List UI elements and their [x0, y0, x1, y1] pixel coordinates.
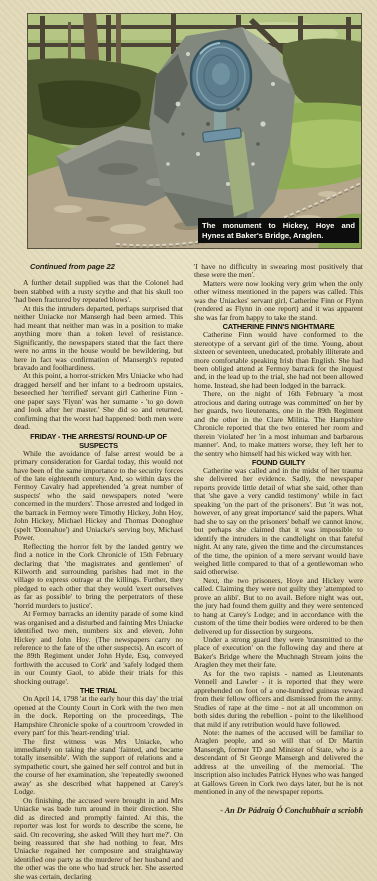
continued-from-label: Continued from page 22	[14, 263, 183, 271]
paragraph: There, on the night of 16th February 'a …	[194, 390, 363, 458]
paragraph: On finishing, the accused were brought i…	[14, 797, 183, 881]
newspaper-page: The monument to Hickey, Hoye and Hynes a…	[0, 0, 377, 881]
grass-highlight	[288, 119, 361, 168]
paragraph: The first witness was Mrs Uniacke, who i…	[14, 738, 183, 797]
paragraph: As for the two rapists - named as Lieute…	[194, 670, 363, 729]
paragraph: Note: the names of the accused will be f…	[194, 729, 363, 797]
article-body: Continued from page 22 A further detail …	[14, 263, 363, 881]
paragraph: At this point, a horror-stricken Mrs Uni…	[14, 372, 183, 431]
paragraph: At Fermoy barracks an identity parade of…	[14, 610, 183, 686]
paragraph: Under a strong guard they were 'transmit…	[194, 636, 363, 670]
left-column: Continued from page 22 A further detail …	[14, 263, 183, 881]
memorial-plaque	[191, 41, 251, 111]
monument-photo-illustration	[28, 14, 361, 248]
paragraph: Matters were now looking very grim when …	[194, 280, 363, 322]
paragraph: 'I have no difficulty in swearing most p…	[194, 263, 363, 280]
author-byline: - An Dr Pádraig Ó Conchubhair a scríobh	[194, 807, 363, 815]
paragraph: While the avoidance of false arrest woul…	[14, 450, 183, 543]
monument-photo: The monument to Hickey, Hoye and Hynes a…	[27, 13, 362, 249]
paragraph: At this the intruders departed, perhaps …	[14, 305, 183, 373]
paragraph: A further detail supplied was that the C…	[14, 279, 183, 304]
paragraph: Reflecting the horror felt by the landed…	[14, 543, 183, 611]
paragraph: Catherine was called and in the midst of…	[194, 467, 363, 577]
paragraph: On April 14, 1798 'at the early hour thi…	[14, 695, 183, 737]
subhead-friday-arrests: FRIDAY - THE ARRESTS/ ROUND-UP OF SUSPEC…	[14, 432, 183, 450]
paragraph: Catherine Finn would have conformed to t…	[194, 331, 363, 390]
paragraph: Next, the two prisoners, Hoye and Hickey…	[194, 577, 363, 636]
photo-caption: The monument to Hickey, Hoye and Hynes a…	[198, 218, 359, 243]
right-column: 'I have no difficulty in swearing most p…	[194, 263, 363, 881]
